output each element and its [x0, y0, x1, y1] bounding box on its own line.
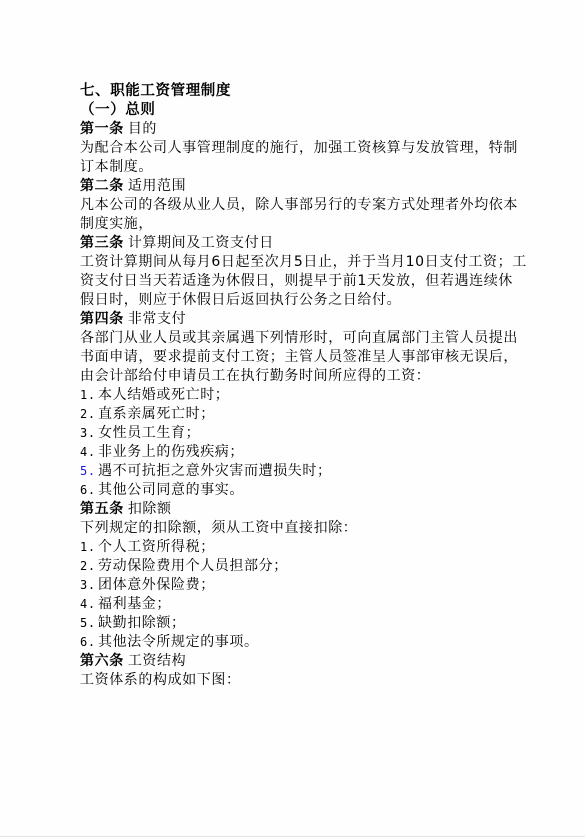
article-label: 第二条 [80, 178, 124, 194]
list-item: 4.非业务上的伤残疾病； [80, 443, 500, 462]
list-item: 1.个人工资所得税； [80, 538, 500, 557]
list-number: 4. [80, 443, 96, 462]
section-title: 七、职能工资管理制度 [80, 82, 500, 101]
paragraph-line: 为配合本公司人事管理制度的施行，加强工资核算与发放管理，特制 [80, 139, 500, 158]
list-item: 3.团体意外保险费； [80, 576, 500, 595]
list-text: 女性员工生育； [98, 425, 200, 441]
subsection-title: （一）总则 [80, 101, 500, 120]
article-name: 非常支付 [128, 311, 186, 327]
list-text: 福利基金； [98, 596, 171, 612]
list-number: 3. [80, 424, 96, 443]
paragraph-line: 凡本公司的各级从业人员，除人事部另行的专案方式处理者外均依本 [80, 196, 500, 215]
list-number: 5. [80, 614, 96, 633]
list-item: 6.其他公司同意的事实。 [80, 481, 500, 500]
paragraph-line: 制度实施， [80, 215, 500, 234]
list-item: 6.其他法令所规定的事项。 [80, 633, 500, 652]
list-number: 5. [80, 462, 96, 481]
list-item: 4.福利基金； [80, 595, 500, 614]
article-4-heading: 第四条非常支付 [80, 310, 500, 329]
article-name: 工资结构 [128, 653, 186, 669]
list-text: 遇不可抗拒之意外灾害而遭损失时； [98, 463, 332, 479]
paragraph-line: 书面申请，要求提前支付工资；主管人员签准呈人事部审核无误后， [80, 348, 500, 367]
article-1-heading: 第一条目的 [80, 120, 500, 139]
article-name: 目的 [128, 121, 157, 137]
list-item: 5.遇不可抗拒之意外灾害而遭损失时； [80, 462, 500, 481]
paragraph-line: 下列规定的扣除额，须从工资中直接扣除： [80, 519, 500, 538]
article-label: 第五条 [80, 501, 124, 517]
article-label: 第六条 [80, 653, 124, 669]
article-5-heading: 第五条扣除额 [80, 500, 500, 519]
list-number: 2. [80, 557, 96, 576]
paragraph-line: 由会计部给付申请员工在执行勤务时间所应得的工资： [80, 367, 500, 386]
list-number: 1. [80, 538, 96, 557]
list-number: 3. [80, 576, 96, 595]
paragraph-line: 工资体系的构成如下图： [80, 671, 500, 690]
article-3-heading: 第三条计算期间及工资支付日 [80, 234, 500, 253]
list-item: 2.劳动保险费用个人员担部分； [80, 557, 500, 576]
paragraph-line: 假日时，则应于休假日后返回执行公务之日给付。 [80, 291, 500, 310]
article-label: 第四条 [80, 311, 124, 327]
list-number: 6. [80, 633, 96, 652]
list-text: 其他公司同意的事实。 [98, 482, 244, 498]
paragraph-line: 工资计算期间从每月6日起至次月5日止，并于当月10日支付工资；工 [80, 253, 500, 272]
article-name: 适用范围 [128, 178, 186, 194]
list-text: 其他法令所规定的事项。 [98, 634, 259, 650]
list-number: 1. [80, 386, 96, 405]
document-page: 七、职能工资管理制度 （一）总则 第一条目的 为配合本公司人事管理制度的施行，加… [0, 0, 585, 837]
list-number: 2. [80, 405, 96, 424]
list-number: 4. [80, 595, 96, 614]
article-2-heading: 第二条适用范围 [80, 177, 500, 196]
list-text: 直系亲属死亡时； [98, 406, 215, 422]
article-name: 扣除额 [128, 501, 172, 517]
list-item: 5.缺勤扣除额； [80, 614, 500, 633]
paragraph-line: 各部门从业人员或其亲属遇下列情形时，可向直属部门主管人员提出 [80, 329, 500, 348]
article-label: 第三条 [80, 235, 124, 251]
article-name: 计算期间及工资支付日 [128, 235, 274, 251]
list-text: 本人结婚或死亡时； [98, 387, 229, 403]
list-item: 1.本人结婚或死亡时； [80, 386, 500, 405]
list-text: 劳动保险费用个人员担部分； [98, 558, 288, 574]
list-item: 3.女性员工生育； [80, 424, 500, 443]
article-label: 第一条 [80, 121, 124, 137]
list-number: 6. [80, 481, 96, 500]
list-text: 缺勤扣除额； [98, 615, 186, 631]
article-6-heading: 第六条工资结构 [80, 652, 500, 671]
list-text: 团体意外保险费； [98, 577, 215, 593]
list-text: 非业务上的伤残疾病； [98, 444, 244, 460]
document-body: 七、职能工资管理制度 （一）总则 第一条目的 为配合本公司人事管理制度的施行，加… [80, 82, 500, 690]
paragraph-line: 资支付日当天若适逢为休假日，则提早于前1天发放，但若遇连续休 [80, 272, 500, 291]
list-text: 个人工资所得税； [98, 539, 215, 555]
list-item: 2.直系亲属死亡时； [80, 405, 500, 424]
paragraph-line: 订本制度。 [80, 158, 500, 177]
